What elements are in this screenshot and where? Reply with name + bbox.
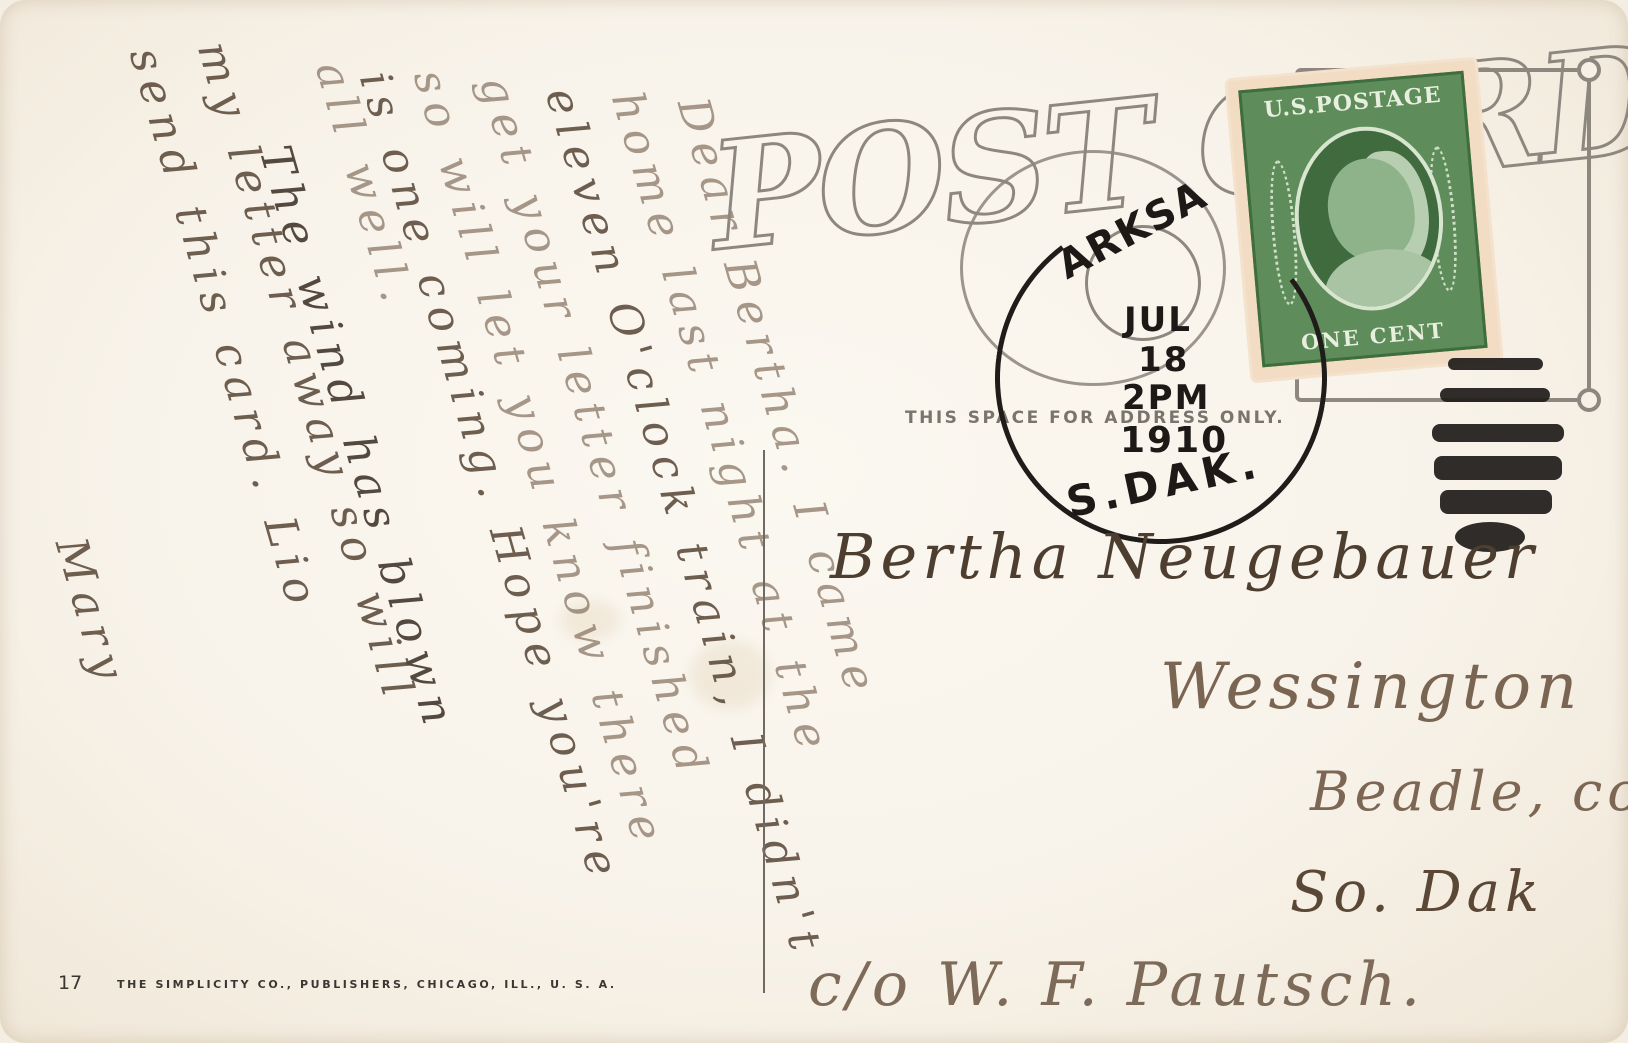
cancel-bar — [1440, 388, 1550, 402]
postmark-day: 18 — [1138, 340, 1189, 380]
recipient-town: Wessington — [1160, 650, 1582, 724]
message-signature: Mary — [45, 532, 136, 693]
card-number: 17 — [58, 972, 82, 994]
postmark-time: 2PM — [1122, 378, 1210, 418]
stamp-top-label: U.S.POSTAGE — [1242, 80, 1463, 125]
recipient-state: So. Dak — [1290, 860, 1544, 925]
care-of-line: c/o W. F. Pautsch. — [808, 950, 1425, 1020]
postmark-month: JUL — [1124, 300, 1192, 340]
portrait-body — [1322, 244, 1449, 316]
cancel-bar — [1440, 490, 1552, 514]
postcard: Dear Bertha. I came home last night at t… — [0, 0, 1628, 1043]
cancel-bar — [1434, 456, 1562, 480]
publisher-imprint: THE SIMPLICITY CO., PUBLISHERS, CHICAGO,… — [117, 978, 617, 991]
cancel-bar — [1448, 358, 1543, 370]
divider-line — [763, 450, 765, 993]
recipient-county: Beadle, co. — [1310, 760, 1628, 823]
cancel-bar — [1432, 424, 1564, 442]
recipient-name: Bertha Neugebauer — [830, 520, 1539, 593]
portrait-oval — [1287, 120, 1450, 316]
